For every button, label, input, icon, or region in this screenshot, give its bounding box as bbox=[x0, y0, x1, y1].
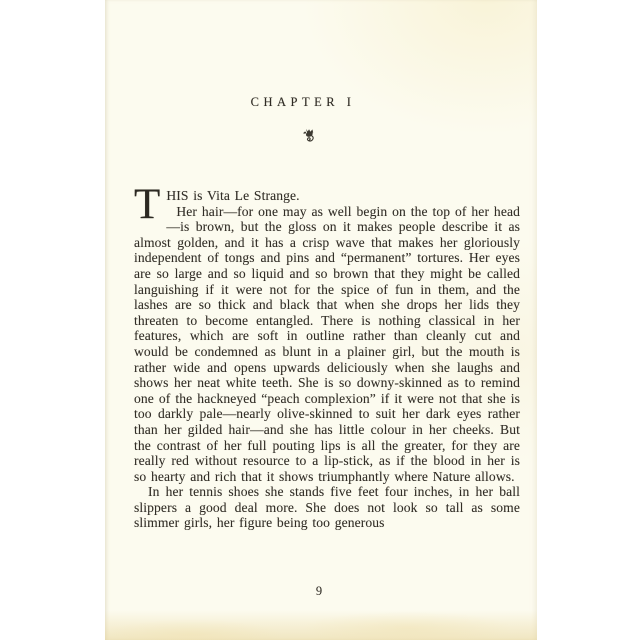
chapter-heading: CHAPTER I bbox=[251, 95, 356, 110]
dragon-ornament-icon bbox=[302, 126, 318, 145]
book-page: CHAPTER I THIS is Vita Le Strange. Her h… bbox=[105, 0, 537, 640]
closing-paragraph: In her tennis shoes she stands five feet… bbox=[134, 484, 520, 531]
page-number: 9 bbox=[316, 584, 322, 599]
main-paragraph: Her hair—for one may as well begin on th… bbox=[134, 204, 520, 485]
opening-line: HIS is Vita Le Strange. bbox=[166, 188, 299, 203]
drop-cap: T bbox=[134, 188, 166, 220]
opening-paragraph: THIS is Vita Le Strange. bbox=[134, 188, 520, 204]
book-scan-photo: CHAPTER I THIS is Vita Le Strange. Her h… bbox=[0, 0, 640, 640]
body-text: THIS is Vita Le Strange. Her hair—for on… bbox=[134, 188, 520, 531]
page-bottom-edge bbox=[105, 610, 537, 640]
